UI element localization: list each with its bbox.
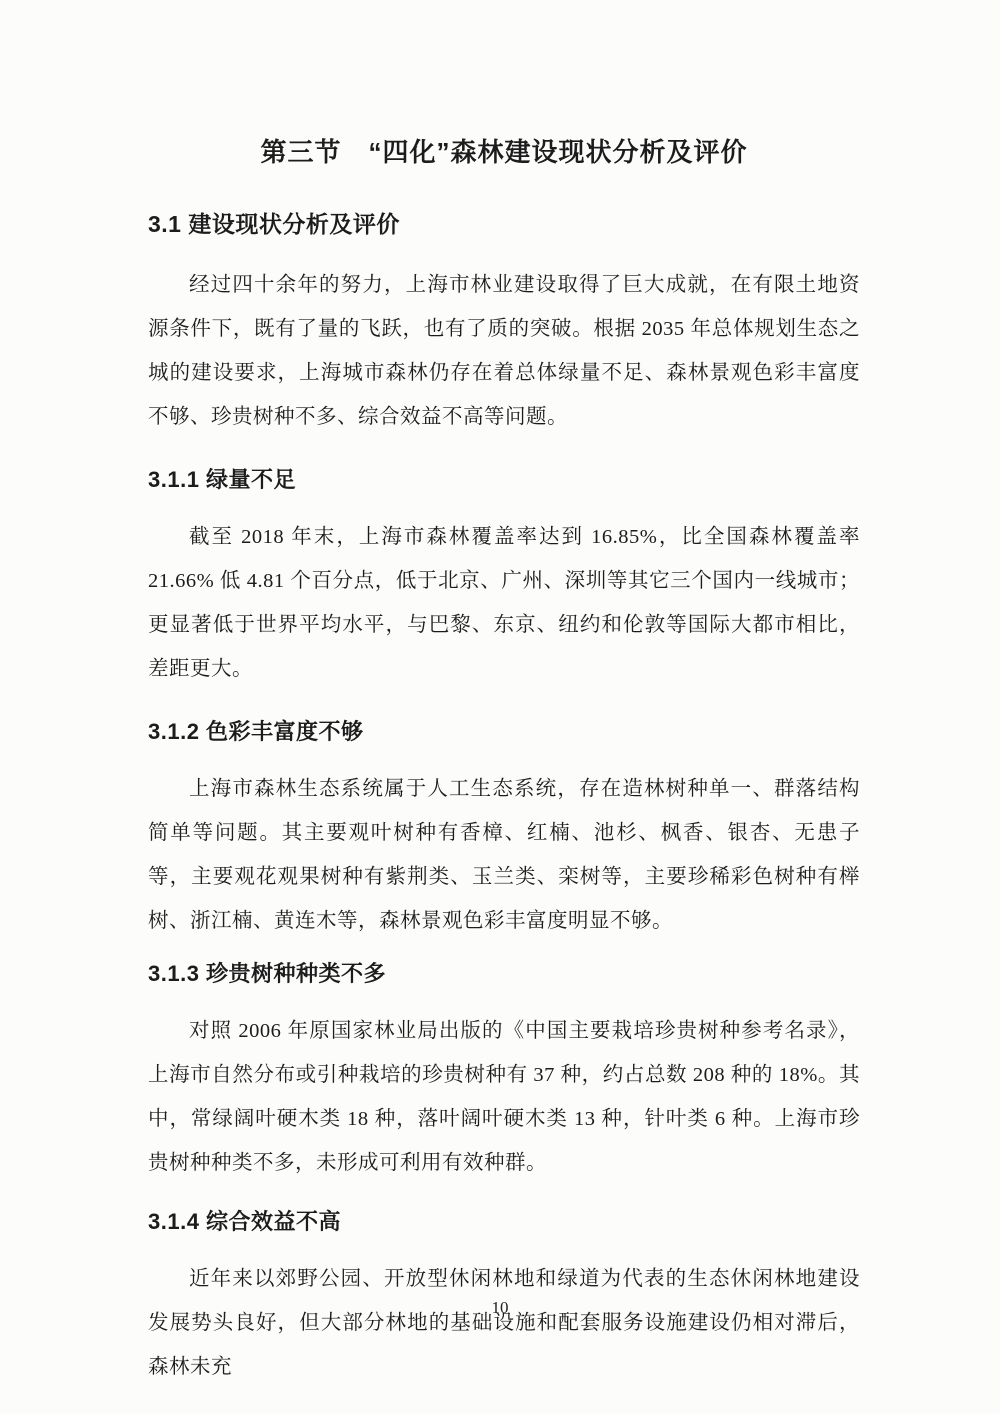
subsection-heading-3-1-2: 3.1.2 色彩丰富度不够 <box>148 717 860 747</box>
page-number: 10 <box>0 1298 1000 1318</box>
subsection-heading-3-1-4: 3.1.4 综合效益不高 <box>148 1207 860 1237</box>
subsection-heading-3-1-3: 3.1.3 珍贵树种种类不多 <box>148 959 860 989</box>
section-heading-3-1: 3.1 建设现状分析及评价 <box>148 209 860 239</box>
subsection-paragraph-3-1-4: 近年来以郊野公园、开放型休闲林地和绿道为代表的生态休闲林地建设发展势头良好，但大… <box>148 1257 860 1389</box>
subsection-heading-3-1-1: 3.1.1 绿量不足 <box>148 465 860 495</box>
document-page: 第三节 “四化”森林建设现状分析及评价 3.1 建设现状分析及评价 经过四十余年… <box>0 0 1000 1414</box>
subsection-paragraph-3-1-1: 截至 2018 年末，上海市森林覆盖率达到 16.85%，比全国森林覆盖率 21… <box>148 515 860 691</box>
section-intro-paragraph: 经过四十余年的努力，上海市林业建设取得了巨大成就，在有限土地资源条件下，既有了量… <box>148 263 860 439</box>
chapter-title: 第三节 “四化”森林建设现状分析及评价 <box>148 135 860 169</box>
subsection-paragraph-3-1-3: 对照 2006 年原国家林业局出版的《中国主要栽培珍贵树种参考名录》，上海市自然… <box>148 1009 860 1185</box>
subsection-paragraph-3-1-2: 上海市森林生态系统属于人工生态系统，存在造林树种单一、群落结构简单等问题。其主要… <box>148 767 860 943</box>
